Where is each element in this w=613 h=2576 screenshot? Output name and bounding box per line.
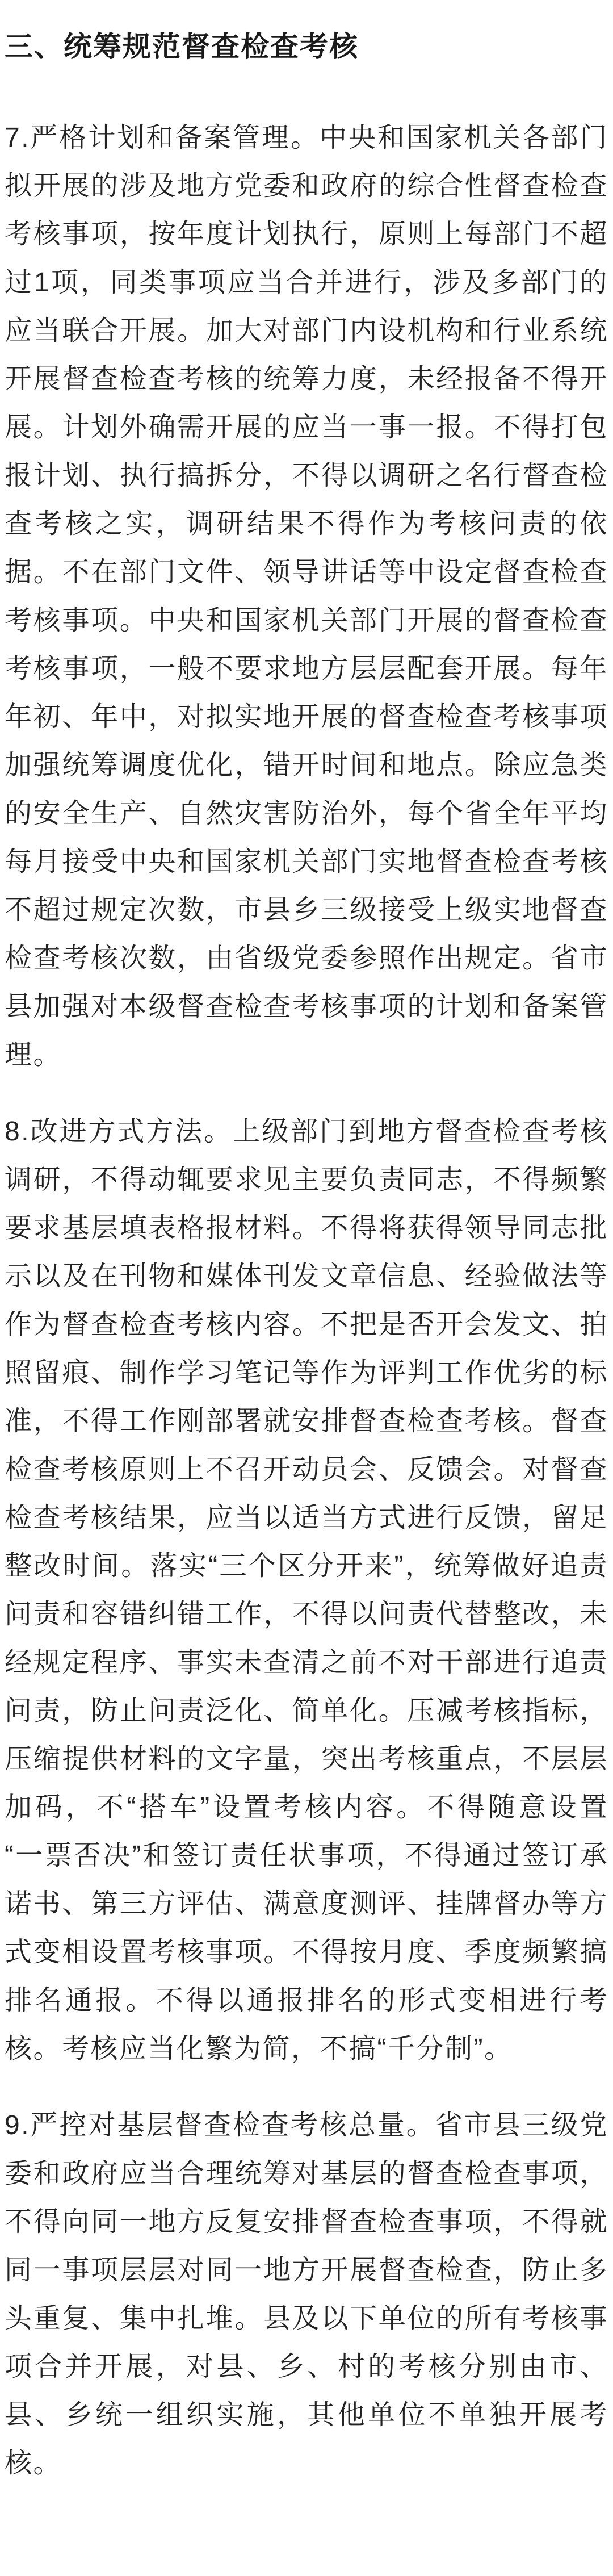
section-heading: 三、统筹规范督查检查考核 — [5, 31, 608, 62]
paragraph-9: 9.严控对基层督查检查考核总量。省市县三级党委和政府应当合理统筹对基层的督查检查… — [5, 2101, 608, 2487]
paragraph-7: 7.严格计划和备案管理。中央和国家机关各部门拟开展的涉及地方党委和政府的综合性督… — [5, 114, 608, 1079]
paragraph-8: 8.改进方式方法。上级部门到地方督查检查考核调研，不得动辄要求见主要负责同志，不… — [5, 1107, 608, 2073]
document-page: 三、统筹规范督查检查考核 7.严格计划和备案管理。中央和国家机关各部门拟开展的涉… — [0, 0, 613, 2576]
